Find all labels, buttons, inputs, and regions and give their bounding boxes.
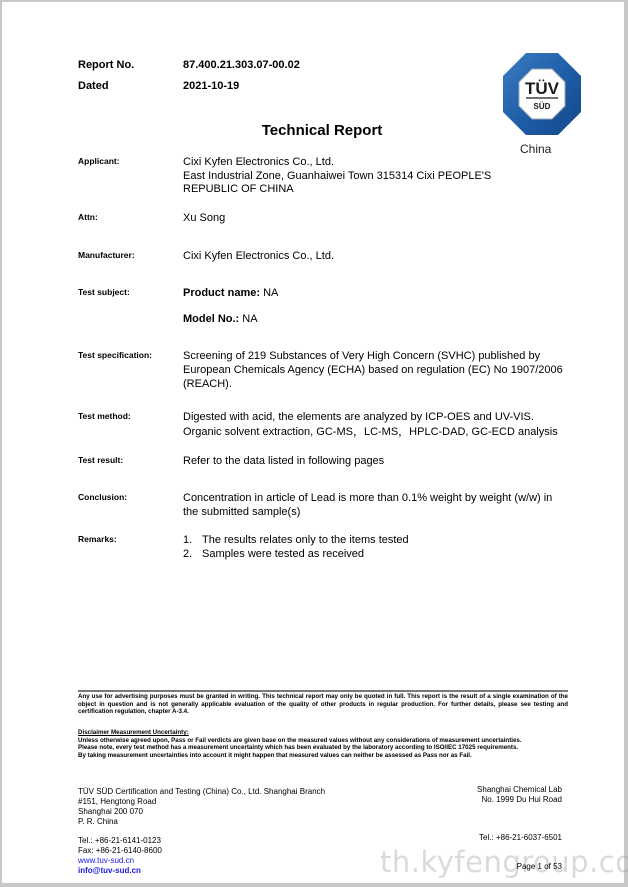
footer-website-link[interactable]: www.tuv-sud.cn	[78, 856, 134, 866]
page-number: Page 1 of 53	[517, 862, 562, 872]
model-no: Model No.: NA	[183, 312, 258, 326]
applicant-line-3: REPUBLIC OF CHINA	[183, 182, 294, 196]
conclusion-line-1: Concentration in article of Lead is more…	[183, 491, 552, 505]
remarks-label: Remarks:	[78, 534, 117, 544]
dated-label: Dated	[78, 80, 109, 92]
applicant-line-1: Cixi Kyfen Electronics Co., Ltd.	[183, 155, 334, 169]
attn-label: Attn:	[78, 212, 98, 222]
product-name-value: NA	[260, 287, 278, 299]
applicant-label: Applicant:	[78, 156, 120, 166]
manufacturer-value: Cixi Kyfen Electronics Co., Ltd.	[183, 249, 334, 263]
product-name-label: Product name:	[183, 287, 260, 299]
watermark: th.kyfengroup.com	[380, 845, 628, 879]
remarks-item: 1.The results relates only to the items …	[183, 533, 409, 547]
svg-text:SÜD: SÜD	[534, 102, 551, 111]
model-no-label: Model No.:	[183, 313, 239, 325]
footer-lab-tel: Tel.: +86-21-6037-6501	[479, 833, 562, 843]
svg-text:TÜV: TÜV	[525, 79, 560, 98]
mu-text-2: Please note, every test method has a mea…	[78, 744, 518, 751]
test-result-value: Refer to the data listed in following pa…	[183, 454, 384, 468]
dated-value: 2021-10-19	[183, 80, 239, 92]
footer-email-link[interactable]: info@tuv-sud.cn	[78, 866, 141, 876]
conclusion-label: Conclusion:	[78, 492, 127, 502]
mu-text-3: By taking measurement uncertainties into…	[78, 752, 472, 759]
test-method-line-1: Digested with acid, the elements are ana…	[183, 410, 534, 424]
test-specification-line-2: European Chemicals Agency (ECHA) based o…	[183, 363, 563, 377]
footer-lab-address: No. 1999 Du Hui Road	[482, 795, 563, 805]
test-method-label: Test method:	[78, 411, 131, 421]
usage-disclaimer: Any use for advertising purposes must be…	[78, 693, 568, 716]
report-no-value: 87.400.21.303.07-00.02	[183, 59, 300, 71]
model-no-value: NA	[239, 313, 257, 325]
report-page: Report No. 87.400.21.303.07-00.02 Dated …	[2, 2, 624, 883]
footer-address-2: Shanghai 200 070	[78, 807, 143, 817]
measurement-uncertainty-disclaimer: Disclaimer Measurement Uncertainty: Unle…	[78, 729, 568, 759]
test-subject-label: Test subject:	[78, 287, 130, 297]
footer-lab-name: Shanghai Chemical Lab	[477, 785, 562, 795]
report-no-label: Report No.	[78, 59, 134, 71]
test-result-label: Test result:	[78, 455, 123, 465]
footer-address-1: #151, Hengtong Road	[78, 797, 156, 807]
remarks-item: 2.Samples were tested as received	[183, 547, 364, 561]
mu-heading: Disclaimer Measurement Uncertainty:	[78, 729, 189, 736]
page-title: Technical Report	[2, 122, 628, 139]
logo-caption: China	[520, 142, 551, 156]
footer-address-3: P. R. China	[78, 817, 118, 827]
conclusion-line-2: the submitted sample(s)	[183, 505, 300, 519]
product-name: Product name: NA	[183, 286, 278, 300]
test-specification-line-1: Screening of 219 Substances of Very High…	[183, 349, 540, 363]
footer-fax: Fax: +86-21-6140-8600	[78, 846, 162, 856]
footer-tel: Tel.: +86-21-6141-0123	[78, 836, 161, 846]
test-specification-label: Test specification:	[78, 350, 152, 360]
attn-value: Xu Song	[183, 211, 225, 225]
manufacturer-label: Manufacturer:	[78, 250, 135, 260]
applicant-line-2: East Industrial Zone, Guanhaiwei Town 31…	[183, 169, 491, 183]
mu-text-1: Unless otherwise agreed upon, Pass or Fa…	[78, 737, 522, 744]
test-specification-line-3: (REACH).	[183, 377, 232, 391]
footer-separator	[78, 690, 568, 692]
footer-company: TÜV SÜD Certification and Testing (China…	[78, 787, 325, 797]
test-method-line-2: Organic solvent extraction, GC-MS，LC-MS，…	[183, 425, 558, 439]
